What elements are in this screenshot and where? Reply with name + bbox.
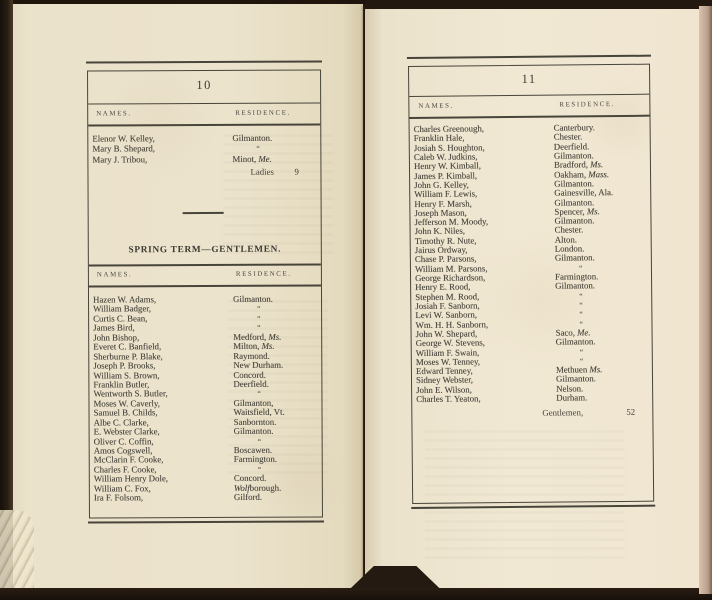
page-number: 11: [409, 71, 649, 88]
name-cell: Ira F. Folsom,: [94, 493, 234, 503]
page-stack-edges: [0, 510, 34, 594]
page-right-edge: [699, 6, 712, 594]
summary-label: Gentlemen,: [542, 407, 583, 417]
ladies-list: Elenor W. Kelley,Gilmanton.Mary B. Shepa…: [92, 133, 318, 165]
section-divider-dash: [183, 212, 224, 214]
table-row: Charles T. Yeaton,Durham.: [416, 393, 650, 405]
names-column-header: NAMES.: [96, 110, 131, 117]
left-page-table-frame: 10 NAMES. RESIDENCE. Elenor W. Kelley,Gi…: [87, 69, 323, 518]
name-cell: Mary J. Tribou,: [92, 153, 232, 164]
page-number: 10: [88, 77, 320, 93]
summary-count: 52: [626, 407, 635, 417]
rule: [89, 263, 321, 266]
right-page: 11 NAMES. RESIDENCE. Charles Greenough,C…: [365, 9, 701, 590]
book-gutter-crease: [361, 6, 364, 588]
book-spread: 10 NAMES. RESIDENCE. Elenor W. Kelley,Gi…: [0, 0, 712, 600]
residence-cell: Gilmanton.: [234, 427, 320, 437]
students-list: Charles Greenough,Canterbury.Franklin Ha…: [414, 123, 651, 405]
residence-cell: Minot, Me.: [232, 153, 318, 164]
gentlemen-list: Hazen W. Adams,Gilmanton.William Badger,…: [93, 295, 320, 504]
summary-label: Ladies: [250, 167, 273, 177]
rule: [88, 102, 320, 104]
names-column-header: NAMES.: [97, 271, 132, 278]
rule: [88, 123, 320, 126]
section-heading: SPRING TERM—GENTLEMEN.: [89, 244, 321, 255]
residence-cell: Deerfield.: [233, 379, 319, 389]
residence-cell: Farmington.: [234, 455, 320, 465]
residence-cell: Gilford.: [234, 493, 320, 503]
rule: [89, 284, 321, 287]
residence-column-header: RESIDENCE.: [235, 110, 291, 117]
residence-cell: Gilmanton.: [233, 295, 319, 305]
name-cell: Elenor W. Kelley,: [92, 133, 232, 144]
table-row: Ira F. Folsom,Gilford.: [94, 493, 320, 503]
residence-cell: Durham.: [556, 393, 650, 403]
rule: [409, 115, 649, 119]
name-cell: Charles T. Yeaton,: [416, 394, 556, 405]
residence-cell: Gilmanton.: [232, 133, 318, 144]
rule: [409, 94, 649, 97]
residence-column-header: RESIDENCE.: [236, 271, 292, 278]
left-page: 10 NAMES. RESIDENCE. Elenor W. Kelley,Gi…: [13, 4, 363, 590]
table-row: Elenor W. Kelley,Gilmanton.: [92, 133, 318, 144]
residence-cell: “: [233, 304, 319, 314]
name-cell: Mary B. Shepard,: [92, 143, 232, 154]
book-bottom-edge: [0, 588, 712, 600]
names-column-header: NAMES.: [418, 103, 454, 110]
table-row: Mary J. Tribou,Minot, Me.: [92, 153, 318, 164]
gentlemen-summary: Gentlemen, 52: [412, 407, 652, 409]
right-page-table-frame: 11 NAMES. RESIDENCE. Charles Greenough,C…: [408, 64, 654, 504]
residence-cell: “: [233, 313, 319, 323]
ladies-summary: Ladies 9: [88, 166, 320, 167]
residence-column-header: RESIDENCE.: [559, 101, 615, 109]
summary-count: 9: [294, 167, 298, 177]
